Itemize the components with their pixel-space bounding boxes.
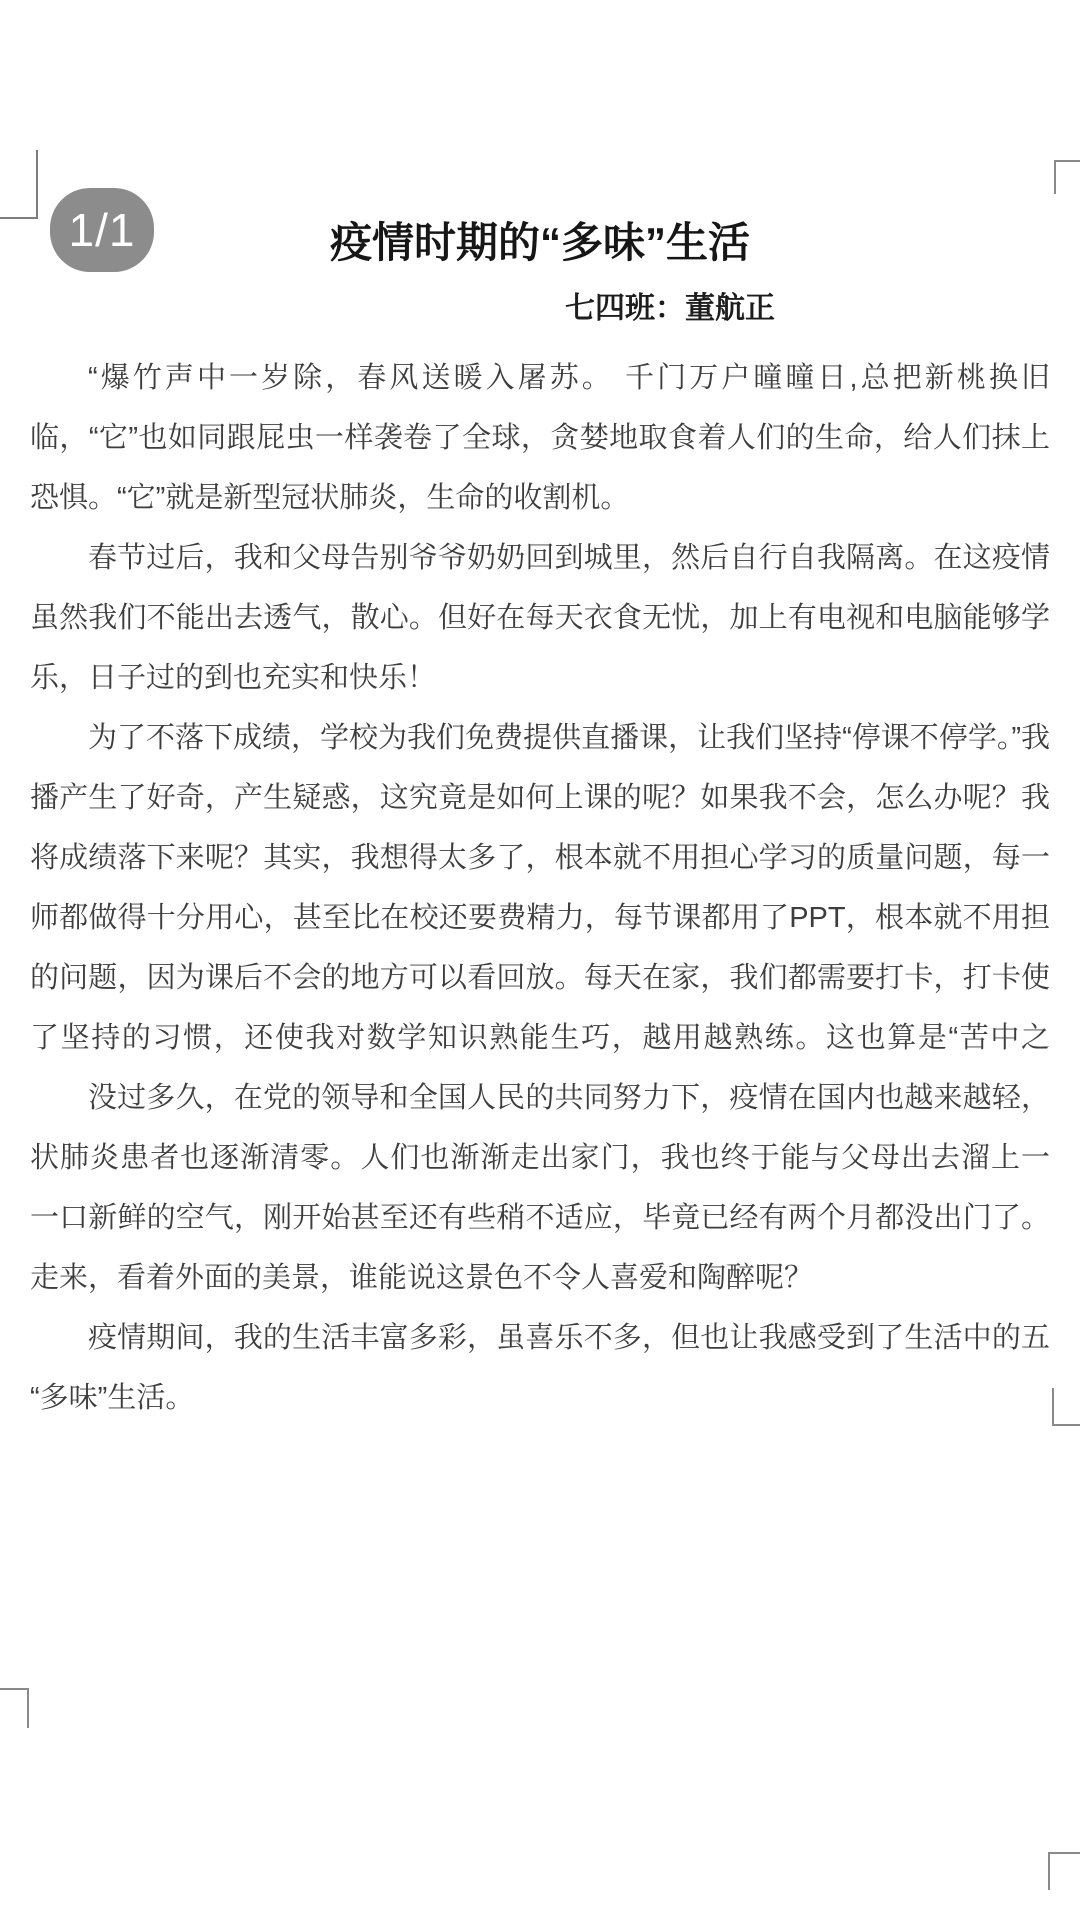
essay-line: 乐，日子过的到也充实和快乐！	[30, 648, 1050, 708]
essay-line: 一口新鲜的空气，刚开始甚至还有些稍不适应，毕竟已经有两个月都没出门了。但一路	[30, 1188, 1050, 1248]
essay-line: 为了不落下成绩，学校为我们免费提供直播课，让我们坚持“停课不停学。”我对直	[30, 708, 1050, 768]
essay-line: 疫情期间，我的生活丰富多彩，虽喜乐不多，但也让我感受到了生活中的五味杂陈	[30, 1308, 1050, 1368]
essay-line: 播产生了好奇，产生疑惑，这究竟是如何上课的呢？如果我不会，怎么办呢？我会不会	[30, 768, 1050, 828]
essay-line: 师都做得十分用心，甚至比在校还要费精力，每节课都用了PPT，根本就不用担心不会	[30, 888, 1050, 948]
essay-line: 将成绩落下来呢？其实，我想得太多了，根本就不用担心学习的质量问题，每一节课教	[30, 828, 1050, 888]
crop-mark-top-left-icon	[0, 150, 38, 219]
essay-line: 恐惧。“它”就是新型冠状肺炎，生命的收割机。	[30, 468, 1050, 528]
crop-mark-right-middle-icon	[1052, 1388, 1080, 1426]
essay-title: 疫情时期的“多味”生活	[0, 216, 1080, 270]
essay-line: 状肺炎患者也逐渐清零。人们也渐渐走出家门，我也终于能与父母出去溜上一圈，吸上	[30, 1128, 1050, 1188]
crop-mark-bottom-left-icon	[0, 1688, 29, 1728]
crop-mark-bottom-right-icon	[1048, 1852, 1080, 1890]
essay-line: 春节过后，我和父母告别爷爷奶奶回到城里，然后自行自我隔离。在这疫情期间，	[30, 528, 1050, 588]
paragraph: 没过多久，在党的领导和全国人民的共同努力下，疫情在国内也越来越轻，各地冠状肺炎患…	[30, 1068, 1050, 1308]
document-page: 1/1 疫情时期的“多味”生活 七四班：董航正 “爆竹声中一岁除，春风送暖入屠苏…	[0, 0, 1080, 1920]
paragraph: 疫情期间，我的生活丰富多彩，虽喜乐不多，但也让我感受到了生活中的五味杂陈“多味”…	[30, 1308, 1050, 1428]
essay-body: “爆竹声中一岁除，春风送暖入屠苏。 千门万户曈曈日,总把新桃换旧符……”春节来临…	[30, 348, 1050, 1428]
essay-line: “爆竹声中一岁除，春风送暖入屠苏。 千门万户曈曈日,总把新桃换旧符……”春节来	[30, 348, 1050, 408]
paragraph: 春节过后，我和父母告别爷爷奶奶回到城里，然后自行自我隔离。在这疫情期间，虽然我们…	[30, 528, 1050, 708]
paragraph: 为了不落下成绩，学校为我们免费提供直播课，让我们坚持“停课不停学。”我对直播产生…	[30, 708, 1050, 1068]
crop-mark-top-right-icon	[1054, 160, 1080, 194]
essay-line: 虽然我们不能出去透气，散心。但好在每天衣食无忧，加上有电视和电脑能够学习和娱	[30, 588, 1050, 648]
essay-author: 七四班：董航正	[0, 288, 1080, 330]
paragraph: “爆竹声中一岁除，春风送暖入屠苏。 千门万户曈曈日,总把新桃换旧符……”春节来临…	[30, 348, 1050, 528]
essay-line: 临，“它”也如同跟屁虫一样袭卷了全球，贪婪地取食着人们的生命，给人们抹上了漆黑与	[30, 408, 1050, 468]
essay-line: 了坚持的习惯，还使我对数学知识熟能生巧，越用越熟练。这也算是“苦中之乐”吧！	[30, 1008, 1050, 1068]
essay-line: “多味”生活。	[30, 1368, 1050, 1428]
essay-line: 走来，看着外面的美景，谁能说这景色不令人喜爱和陶醉呢？	[30, 1248, 1050, 1308]
essay-line: 没过多久，在党的领导和全国人民的共同努力下，疫情在国内也越来越轻，各地冠	[30, 1068, 1050, 1128]
essay-line: 的问题，因为课后不会的地方可以看回放。每天在家，我们都需要打卡，打卡使我练就	[30, 948, 1050, 1008]
